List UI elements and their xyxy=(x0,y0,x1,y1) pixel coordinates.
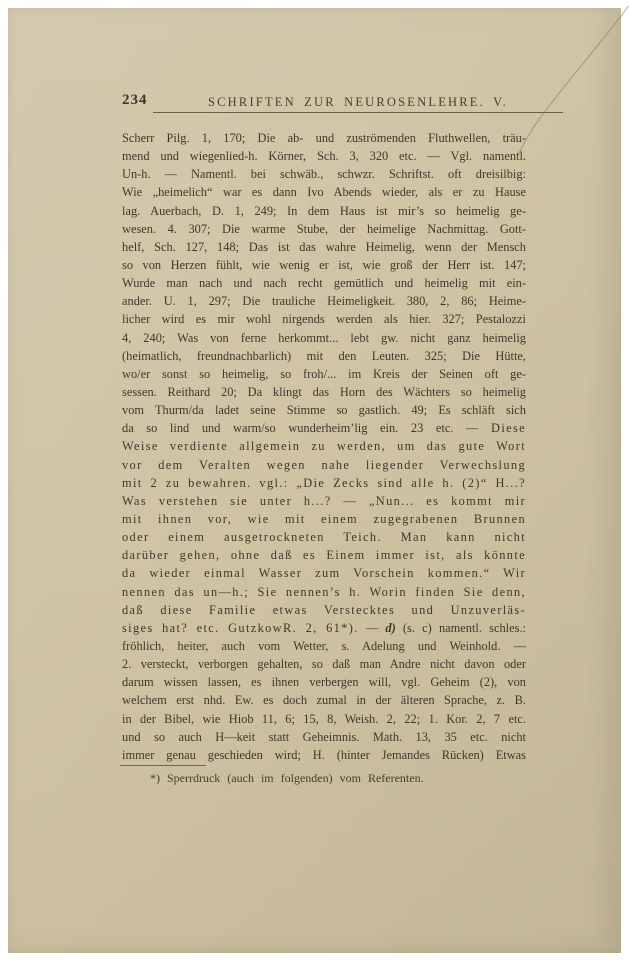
text-line: lag. Auerbach, D. 1, 249; In dem Haus is… xyxy=(122,202,526,220)
text-line: oder einem ausgetrockneten Teich. Man ka… xyxy=(122,528,526,546)
text-segment: d) xyxy=(385,621,395,635)
text-line: da wieder einmal Wasser zum Vorschein ko… xyxy=(122,564,526,582)
text-line: darum wissen lassen, es ihnen verbergen … xyxy=(122,673,526,691)
header-rule xyxy=(153,112,563,113)
text-line: Un-h. — Namentl. bei schwäb., schwzr. Sc… xyxy=(122,165,526,183)
text-line: sessen. Reithard 20; Da klingt das Horn … xyxy=(122,383,526,401)
text-line: ander. U. 1, 297; Die trauliche Heimelig… xyxy=(122,292,526,310)
text-segment: nennen das un—h.; Sie nennen’s h. Worin … xyxy=(122,585,526,599)
text-segment: lag. Auerbach, D. 1, 249; In dem Haus is… xyxy=(122,204,526,218)
text-segment: mend und wiegenlied-h. Körner, Sch. 3, 3… xyxy=(122,149,526,163)
text-segment: — xyxy=(359,621,386,635)
text-segment: siges hat? etc. GutzkowR. 2, 61*). xyxy=(122,621,359,635)
footnote-text: *) Sperrdruck (auch im folgenden) vom Re… xyxy=(150,771,530,786)
text-line: nennen das un—h.; Sie nennen’s h. Worin … xyxy=(122,583,526,601)
text-line: welchem erst nhd. Ew. es doch zumal in d… xyxy=(122,691,526,709)
text-line: darüber gehen, ohne daß es Einem immer i… xyxy=(122,546,526,564)
text-segment: Wurde man nach und nach recht gemütlich … xyxy=(122,276,526,290)
text-segment: da wieder einmal Wasser zum Vorschein ko… xyxy=(122,566,526,580)
body-text: Scherr Pilg. 1, 170; Die ab- und zuström… xyxy=(122,129,526,764)
text-segment: Diese xyxy=(491,421,526,435)
text-segment: so von Herzen fühlt, wie wenig er ist, w… xyxy=(122,258,526,272)
text-line: 4, 240; Was von ferne herkommt... lebt g… xyxy=(122,329,526,347)
page-number: 234 xyxy=(122,92,148,109)
text-line: fröhlich, heiter, auch vom Wetter, s. Ad… xyxy=(122,637,526,655)
text-segment: und so auch H—keit statt Geheimnis. Math… xyxy=(122,730,526,744)
text-line: Scherr Pilg. 1, 170; Die ab- und zuström… xyxy=(122,129,526,147)
text-segment: 2. versteckt, verborgen gehalten, so daß… xyxy=(122,657,526,671)
footnote-rule xyxy=(120,765,206,766)
text-line: Weise verdiente allgemein zu werden, um … xyxy=(122,437,526,455)
text-segment: wo/er sonst so heimelig, so froh/... im … xyxy=(122,367,526,381)
text-line: siges hat? etc. GutzkowR. 2, 61*). — d) … xyxy=(122,619,526,637)
text-segment: Scherr Pilg. 1, 170; Die ab- und zuström… xyxy=(122,131,526,145)
text-line: mit ihnen vor, wie mit einem zugegrabene… xyxy=(122,510,526,528)
text-segment: helf, Sch. 127, 148; Das ist das wahre H… xyxy=(122,240,526,254)
text-segment: vom Thurm/da ladet seine Stimme so gastl… xyxy=(122,403,526,417)
text-line: und so auch H—keit statt Geheimnis. Math… xyxy=(122,728,526,746)
text-segment: 4, 240; Was von ferne herkommt... lebt g… xyxy=(122,331,526,345)
text-segment: wesen. 4. 307; Die warme Stube, der heim… xyxy=(122,222,526,236)
text-segment: Was verstehen sie unter h...? — „Nun... … xyxy=(122,494,526,508)
text-segment: (heimatlich, freundnachbarlich) mit den … xyxy=(122,349,526,363)
text-segment: vor dem Veralten wegen nahe liegender Ve… xyxy=(122,458,526,472)
text-segment: Un-h. — Namentl. bei schwäb., schwzr. Sc… xyxy=(122,167,526,181)
text-line: mend und wiegenlied-h. Körner, Sch. 3, 3… xyxy=(122,147,526,165)
text-segment: Wie „heimelich“ war es dann Ivo Abends w… xyxy=(122,185,526,199)
text-line: licher wird es mir wohl nirgends werden … xyxy=(122,310,526,328)
text-segment: welchem erst nhd. Ew. es doch zumal in d… xyxy=(122,693,526,707)
text-line: daß diese Familie etwas Verstecktes und … xyxy=(122,601,526,619)
text-line: mit 2 zu bewahren. vgl.: „Die Zecks sind… xyxy=(122,474,526,492)
text-line: Wie „heimelich“ war es dann Ivo Abends w… xyxy=(122,183,526,201)
text-line: so von Herzen fühlt, wie wenig er ist, w… xyxy=(122,256,526,274)
text-line: Was verstehen sie unter h...? — „Nun... … xyxy=(122,492,526,510)
book-page: 234 SCHRIFTEN ZUR NEUROSENLEHRE. V. Sche… xyxy=(8,8,621,953)
text-segment: (s. c) namentl. schles.: xyxy=(396,621,526,635)
text-line: Wurde man nach und nach recht gemütlich … xyxy=(122,274,526,292)
text-segment: sessen. Reithard 20; Da klingt das Horn … xyxy=(122,385,526,399)
text-segment: darüber gehen, ohne daß es Einem immer i… xyxy=(122,548,526,562)
text-line: (heimatlich, freundnachbarlich) mit den … xyxy=(122,347,526,365)
text-segment: in der Bibel, wie Hiob 11, 6; 15, 8, Wei… xyxy=(122,712,526,726)
text-line: da so lind und warm/so wunderheim’lig ei… xyxy=(122,419,526,437)
text-line: vor dem Veralten wegen nahe liegender Ve… xyxy=(122,456,526,474)
text-segment: oder einem ausgetrockneten Teich. Man ka… xyxy=(122,530,526,544)
text-segment: daß diese Familie etwas Verstecktes und … xyxy=(122,603,526,617)
text-segment: immer genau geschieden wird; H. (hinter … xyxy=(122,748,526,762)
text-line: vom Thurm/da ladet seine Stimme so gastl… xyxy=(122,401,526,419)
text-line: wo/er sonst so heimelig, so froh/... im … xyxy=(122,365,526,383)
running-header-title: SCHRIFTEN ZUR NEUROSENLEHRE. V. xyxy=(153,95,563,110)
text-line: 2. versteckt, verborgen gehalten, so daß… xyxy=(122,655,526,673)
text-segment: Weise verdiente allgemein zu werden, um … xyxy=(122,439,526,453)
text-segment: da so lind und warm/so wunderheim’lig ei… xyxy=(122,421,491,435)
text-line: helf, Sch. 127, 148; Das ist das wahre H… xyxy=(122,238,526,256)
text-segment: licher wird es mir wohl nirgends werden … xyxy=(122,312,526,326)
text-line: immer genau geschieden wird; H. (hinter … xyxy=(122,746,526,764)
text-line: wesen. 4. 307; Die warme Stube, der heim… xyxy=(122,220,526,238)
text-segment: fröhlich, heiter, auch vom Wetter, s. Ad… xyxy=(122,639,526,653)
text-segment: darum wissen lassen, es ihnen verbergen … xyxy=(122,675,526,689)
text-line: in der Bibel, wie Hiob 11, 6; 15, 8, Wei… xyxy=(122,710,526,728)
text-segment: mit ihnen vor, wie mit einem zugegrabene… xyxy=(122,512,526,526)
text-segment: ander. U. 1, 297; Die trauliche Heimelig… xyxy=(122,294,526,308)
text-segment: mit 2 zu bewahren. vgl.: „Die Zecks sind… xyxy=(122,476,526,490)
